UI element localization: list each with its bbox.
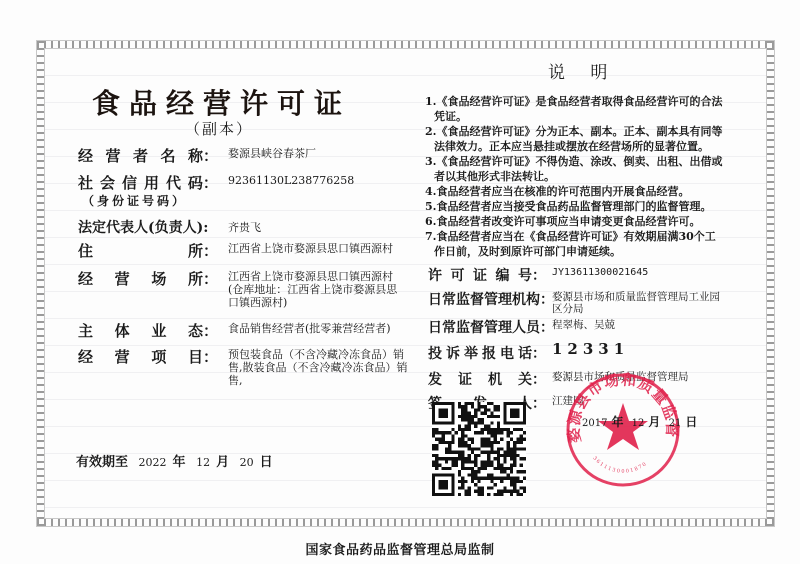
- left-field-row: 经营者名称：婺源县峡谷春茶厂: [78, 145, 408, 166]
- left-field-row: 经营场所：江西省上饶市婺源县思口镇西源村(仓库地址：江西省上饶市婺源县思口镇西源…: [78, 268, 408, 309]
- field-label: 经营场所：: [78, 268, 218, 309]
- field-label: 住所：: [78, 240, 218, 261]
- issue-day-unit: 日: [685, 415, 697, 429]
- field-value: 食品销售经营者(批零兼营经营者): [228, 320, 408, 341]
- field-label: 主体业态：: [78, 320, 218, 341]
- field-value: 婺源县市场和质量监督管理局工业园区分局: [552, 289, 722, 315]
- issue-day: 21: [669, 418, 682, 429]
- field-value: 江西省上饶市婺源县思口镇西源村(仓库地址：江西省上饶市婺源县思口镇西源村): [228, 268, 408, 309]
- right-field-row: 许可证编号：JY13611300021645: [428, 265, 722, 285]
- validity-month-unit: 月: [216, 455, 229, 470]
- issue-year-unit: 年: [611, 415, 623, 429]
- left-field-row: 住所：江西省上饶市婺源县思口镇西源村: [78, 240, 408, 261]
- validity-prefix: 有效期至: [76, 455, 128, 470]
- right-field-row: 投诉举报电话：12331: [428, 343, 722, 363]
- validity-year: 2022: [139, 456, 167, 469]
- field-label: 许可证编号：: [428, 265, 546, 285]
- qr-code[interactable]: [432, 402, 526, 496]
- left-field-row: 经营项目：预包装食品（不含冷藏冷冻食品）销售,散装食品（不含冷藏冷冻食品）销售,: [78, 346, 408, 387]
- official-seal-stamp: 婺源县市场和质量监督管理局 3611130001870: [563, 370, 683, 490]
- validity-day-unit: 日: [260, 455, 273, 470]
- field-label: 社会信用代码：: [78, 172, 218, 193]
- note-item: 3.《食品经营许可证》不得伪造、涂改、倒卖、出租、出借或者以其他形式非法转让。: [425, 154, 725, 184]
- legal-rep-label: 法定代表人(负责人):: [78, 217, 208, 237]
- issue-year: 2017: [582, 418, 607, 429]
- note-item: 4.食品经营者应当在核准的许可范围内开展食品经营。: [425, 184, 725, 199]
- legal-rep-value: 齐贵飞: [228, 219, 261, 235]
- field-value: 江西省上饶市婺源县思口镇西源村: [228, 240, 408, 261]
- issue-month-unit: 月: [648, 415, 660, 429]
- note-item: 2.《食品经营许可证》分为正本、副本。正本、副本具有同等法律效力。正本应当悬挂或…: [425, 124, 725, 154]
- validity-month: 12: [196, 456, 210, 469]
- left-field-row: 主体业态：食品销售经营者(批零兼营经营者): [78, 320, 408, 341]
- field-label: 经营者名称：: [78, 145, 218, 166]
- field-value: 预包装食品（不含冷藏冷冻食品）销售,散装食品（不含冷藏冷冻食品）销售,: [228, 346, 408, 387]
- field-label: 经营项目：: [78, 346, 218, 387]
- field-value: 12331: [552, 343, 722, 363]
- field-label: 投诉举报电话：: [428, 343, 546, 363]
- field-label: 日常监督管理机构：: [428, 289, 546, 315]
- svg-text:3611130001870: 3611130001870: [591, 455, 648, 474]
- field-label: 日常监督管理人员：: [428, 317, 546, 337]
- notes-title: 说 明: [548, 58, 617, 83]
- right-field-row: 日常监督管理机构：婺源县市场和质量监督管理局工业园区分局: [428, 289, 722, 315]
- field-value: 92361130L238776258: [228, 172, 408, 193]
- field-value: 程翠梅、吴兢: [552, 317, 722, 337]
- validity-day: 20: [240, 456, 254, 469]
- validity-date: 有效期至 2022年 12月 20日: [76, 451, 273, 470]
- note-item: 1.《食品经营许可证》是食品经营者取得食品经营许可的合法凭证。: [425, 94, 725, 124]
- note-item: 6.食品经营者改变许可事项应当申请变更食品经营许可。: [425, 214, 725, 229]
- issue-date: 2017年 12月 21日: [578, 413, 697, 430]
- field-value: JY13611300021645: [552, 265, 722, 285]
- field-value: 婺源县峡谷春茶厂: [228, 145, 408, 166]
- footer-issuer: 国家食品药品监督管理总局监制: [0, 539, 800, 558]
- validity-year-unit: 年: [173, 455, 186, 470]
- field-label: 发证机关：: [428, 369, 546, 389]
- right-field-row: 日常监督管理人员：程翠梅、吴兢: [428, 317, 722, 337]
- issue-month: 12: [632, 418, 645, 429]
- notes-list: 1.《食品经营许可证》是食品经营者取得食品经营许可的合法凭证。2.《食品经营许可…: [425, 94, 725, 259]
- note-item: 7.食品经营者应当在《食品经营许可证》有效期届满30个工作日前，及时到原许可部门…: [425, 229, 725, 259]
- document-title: 食品经营许可证: [92, 82, 351, 122]
- note-item: 5.食品经营者应当接受食品药品监督管理部门的监督管理。: [425, 199, 725, 214]
- document-subtitle: （副本）: [185, 118, 253, 139]
- left-field-row: 社会信用代码：92361130L238776258: [78, 172, 408, 193]
- id-number-note: （身份证号码）: [82, 192, 187, 209]
- qr-code-icon: [432, 402, 526, 496]
- stamp-code-text: 3611130001870: [591, 455, 648, 474]
